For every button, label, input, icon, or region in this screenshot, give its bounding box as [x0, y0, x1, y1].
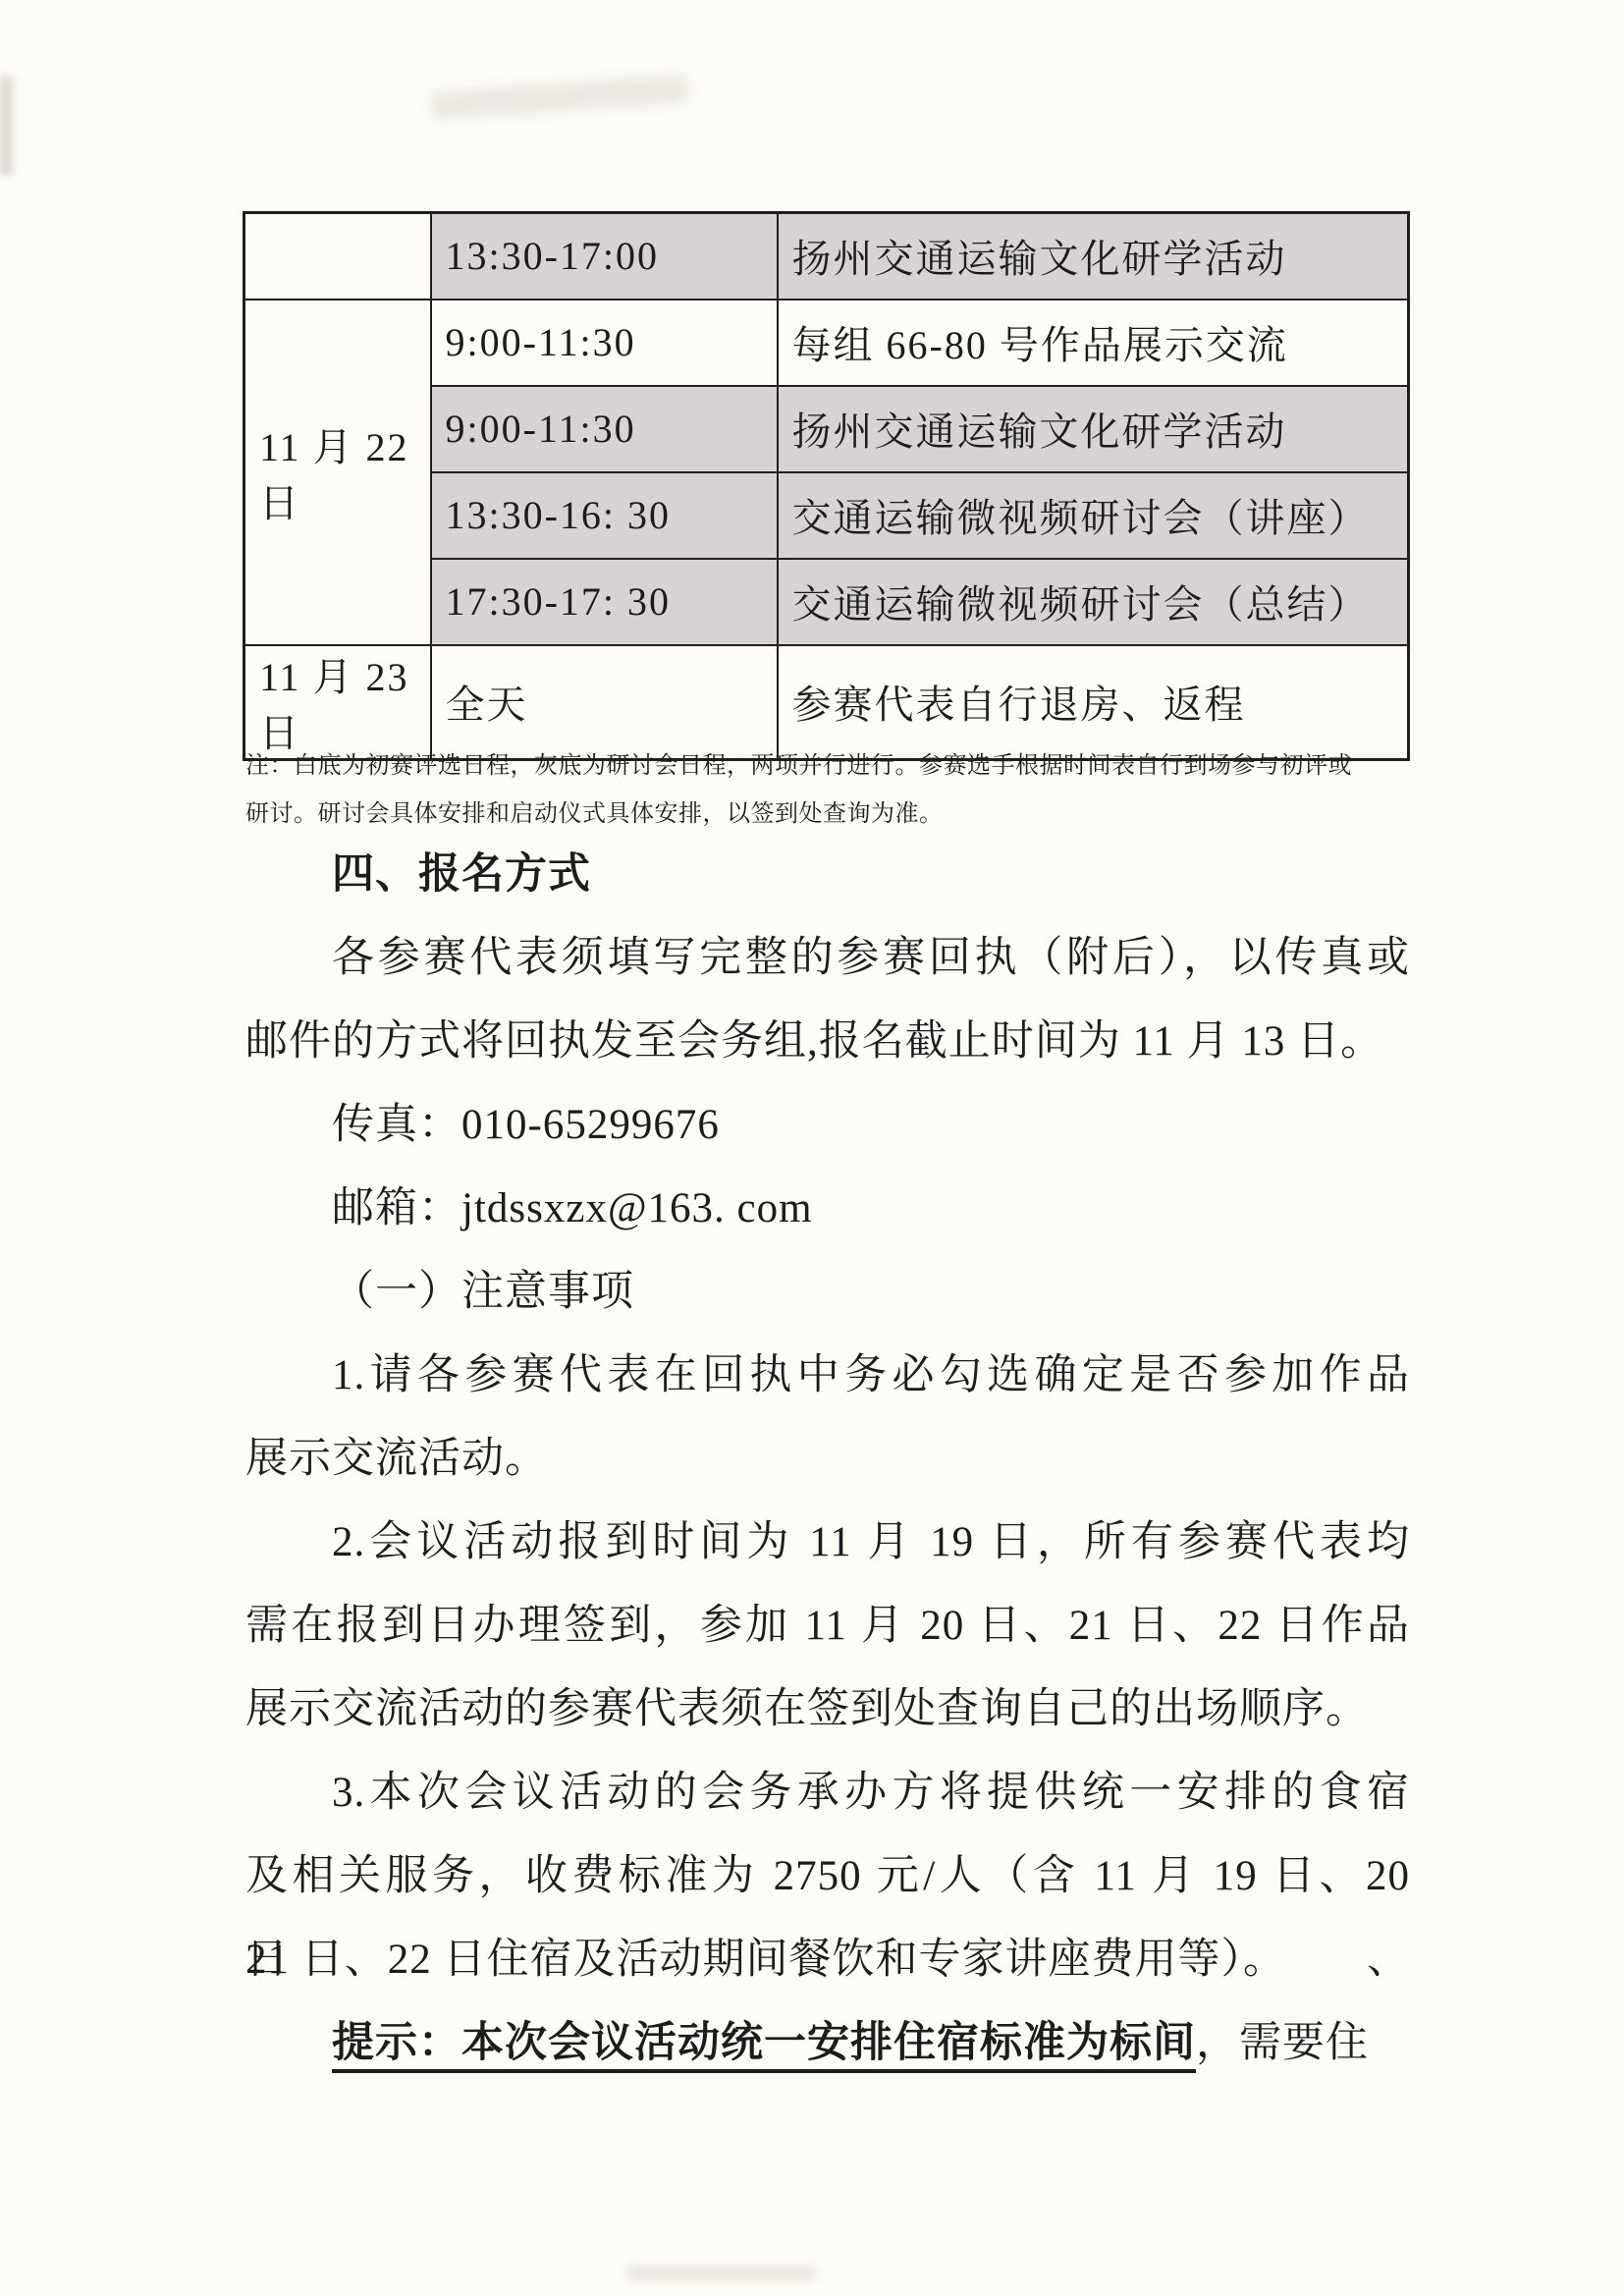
item1-line: 展示交流活动。 — [245, 1417, 1410, 1501]
scan-artifact-left-edge — [0, 77, 13, 175]
schedule-table: 13:30-17:00 扬州交通运输文化研学活动 11 月 22 日 9:00-… — [243, 211, 1410, 761]
time-cell: 9:00-11:30 — [431, 386, 778, 472]
table-row: 13:30-17:00 扬州交通运输文化研学活动 — [244, 213, 1409, 300]
table-footnote: 注：白底为初赛评选日程，灰底为研讨会日程，两项并行进行。参赛选手根据时间表自行到… — [245, 742, 1414, 839]
item3-line: 3.本次会议活动的会务承办方将提供统一安排的食宿 — [245, 1751, 1410, 1834]
table-row: 11 月 22 日 9:00-11:30 每组 66-80 号作品展示交流 — [244, 300, 1409, 386]
section-heading: 四、报名方式 — [245, 833, 1410, 916]
time-cell: 13:30-16: 30 — [431, 472, 778, 559]
time-cell: 17:30-17: 30 — [431, 559, 778, 645]
email-line: 邮箱：jtdssxzx@163. com — [245, 1167, 1410, 1250]
activity-cell: 扬州交通运输文化研学活动 — [778, 386, 1409, 472]
item3-line: 21 日、22 日住宿及活动期间餐饮和专家讲座费用等）。 — [245, 1918, 1410, 2001]
schedule-table-wrap: 13:30-17:00 扬州交通运输文化研学活动 11 月 22 日 9:00-… — [243, 211, 1410, 761]
scan-artifact-bottom — [628, 2267, 815, 2280]
activity-cell: 扬州交通运输文化研学活动 — [778, 213, 1409, 300]
time-cell: 9:00-11:30 — [431, 300, 778, 386]
activity-cell: 交通运输微视频研讨会（总结） — [778, 559, 1409, 645]
activity-cell: 交通运输微视频研讨会（讲座） — [778, 472, 1409, 559]
activity-cell: 每组 66-80 号作品展示交流 — [778, 300, 1409, 386]
footnote-line: 注：白底为初赛评选日程，灰底为研讨会日程，两项并行进行。参赛选手根据时间表自行到… — [245, 742, 1414, 791]
scan-artifact-top — [431, 76, 687, 119]
paragraph-line: 各参赛代表须填写完整的参赛回执（附后），以传真或 — [245, 916, 1410, 1000]
date-cell: 11 月 22 日 — [244, 300, 431, 645]
date-cell — [244, 213, 431, 300]
tip-rest-text: ，需要住 — [1196, 2020, 1369, 2066]
body-text: 四、报名方式 各参赛代表须填写完整的参赛回执（附后），以传真或 邮件的方式将回执… — [245, 833, 1410, 2085]
item3-line: 及相关服务，收费标准为 2750 元/人（含 11 月 19 日、20 日、 — [245, 1834, 1410, 1918]
paragraph-line: 邮件的方式将回执发至会务组,报名截止时间为 11 月 13 日。 — [245, 1000, 1410, 1083]
footnote-line: 研讨。研讨会具体安排和启动仪式具体安排，以签到处查询为准。 — [245, 791, 1414, 839]
item2-line: 2.会议活动报到时间为 11 月 19 日，所有参赛代表均 — [245, 1501, 1410, 1584]
time-cell: 13:30-17:00 — [431, 213, 778, 300]
fax-line: 传真：010-65299676 — [245, 1083, 1410, 1167]
item1-line: 1.请各参赛代表在回执中务必勾选确定是否参加作品 — [245, 1334, 1410, 1417]
tip-underlined-text: 提示：本次会议活动统一安排住宿标准为标间 — [332, 2020, 1196, 2073]
tip-line: 提示：本次会议活动统一安排住宿标准为标间，需要住 — [245, 2001, 1410, 2085]
item2-line: 需在报到日办理签到，参加 11 月 20 日、21 日、22 日作品 — [245, 1584, 1410, 1667]
subsection-heading: （一）注意事项 — [245, 1250, 1410, 1334]
document-page: 13:30-17:00 扬州交通运输文化研学活动 11 月 22 日 9:00-… — [0, 0, 1624, 2296]
item2-line: 展示交流活动的参赛代表须在签到处查询自己的出场顺序。 — [245, 1667, 1410, 1751]
